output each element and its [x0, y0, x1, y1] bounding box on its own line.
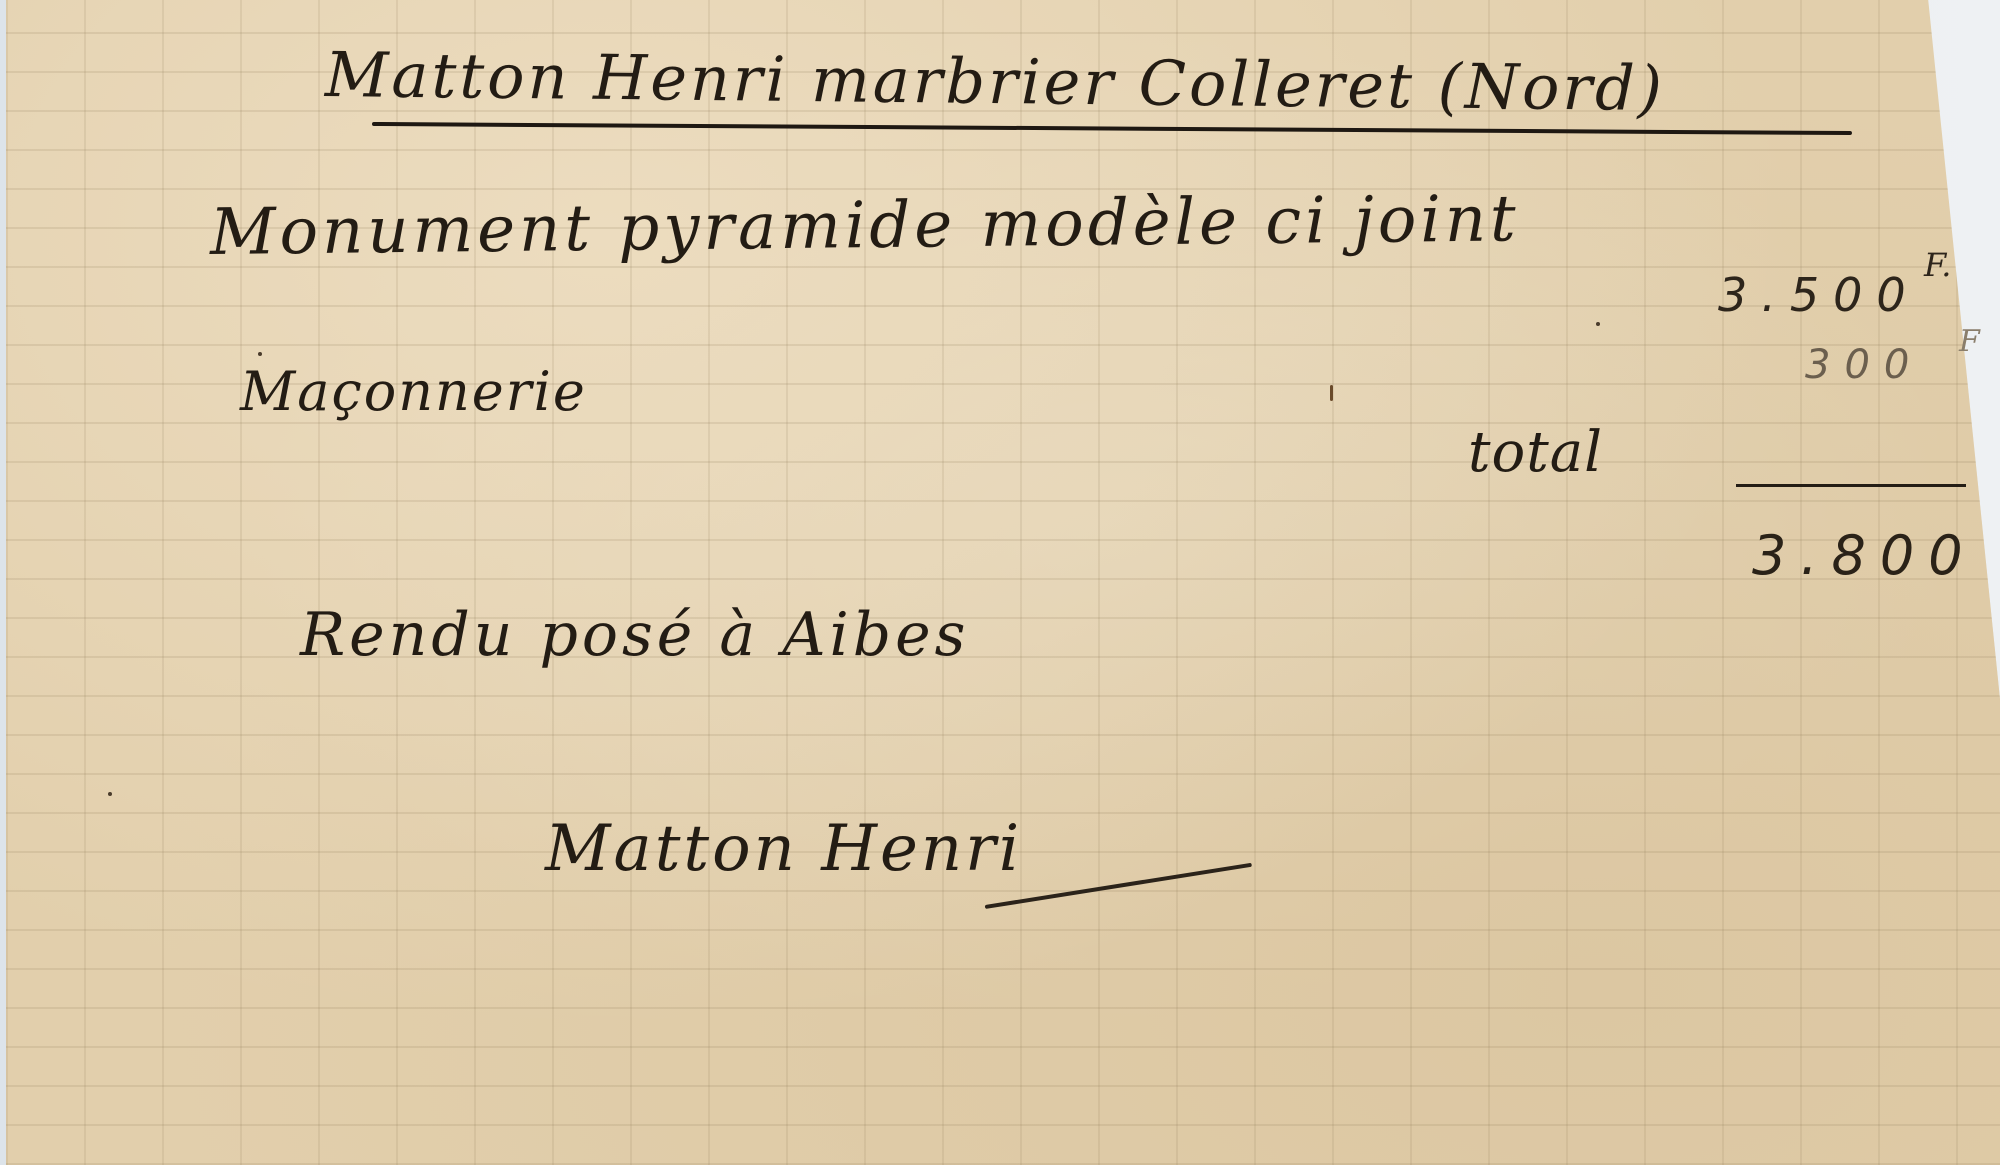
ink-dot: [258, 352, 262, 356]
line-item-description: Monument pyramide modèle ci joint: [210, 182, 1520, 270]
ink-blot: [1330, 385, 1333, 401]
currency-symbol: F.: [1924, 246, 1951, 284]
total-label: total: [1468, 420, 1603, 485]
amount-value: 300: [1805, 342, 1923, 388]
amount-value: 3.500: [1718, 268, 1920, 322]
line-item-amount: 3.500 F.: [1718, 268, 1920, 322]
total-rule: [1736, 484, 1966, 487]
signature: Matton Henri: [545, 812, 1022, 886]
line-item-description: Maçonnerie: [240, 360, 587, 423]
document-heading: Matton Henri marbrier Colleret (Nord): [325, 38, 1666, 125]
currency-symbol: F: [1959, 324, 1980, 359]
delivery-note: Rendu posé à Aibes: [300, 600, 969, 670]
squared-paper-sheet: [6, 0, 2000, 1165]
ink-dot: [1596, 322, 1600, 326]
ink-dot: [108, 792, 112, 796]
line-item-amount: 300 F: [1805, 342, 1923, 388]
total-amount: 3.800: [1752, 524, 1977, 587]
